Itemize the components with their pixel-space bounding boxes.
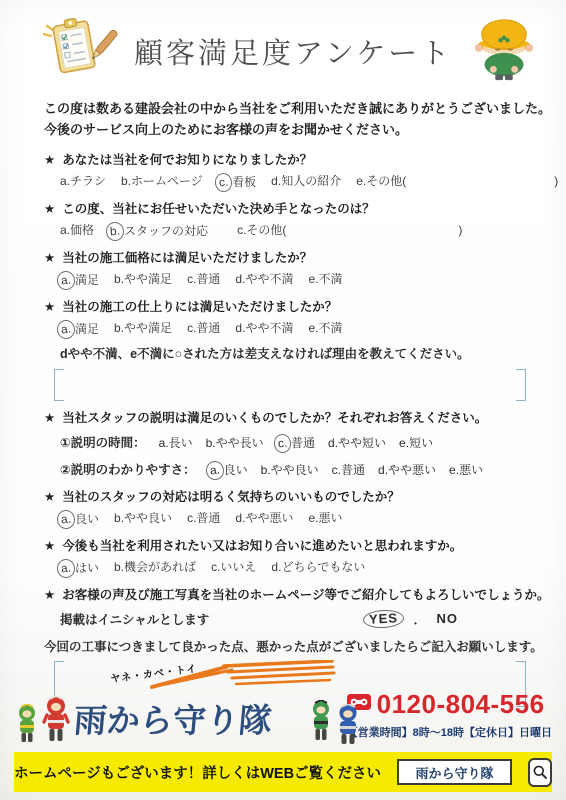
question-text: 当社の施工価格には満足いただけましたか？ — [62, 250, 312, 266]
option: e.不満 — [308, 320, 342, 339]
question-attitude: ★当社のスタッフの対応は明るく気持ちのいいものでしたか？ a.良い b.やや良い… — [44, 489, 530, 529]
initial-note: 掲載はイニシャルとします — [60, 610, 209, 628]
option: e.その他() — [356, 173, 558, 192]
question-text: 当社スタッフの説明は満足のいくものでしたか？それぞれお答えください。 — [62, 410, 487, 426]
star-icon: ★ — [44, 152, 55, 168]
yes-selected: YES — [363, 608, 405, 628]
option: c.いいえ — [211, 559, 256, 578]
subquestion-time: ①説明の時間： a.長い b.やや長い c.普通 d.やや短い e.短い — [60, 434, 530, 453]
options-row: a.価格 b.スタッフの対応 c.その他() — [60, 222, 530, 241]
company-logo: ヤネ・カベ・トイ 雨から守り隊 — [74, 662, 346, 748]
options-row: a.満足 b.やや満足 c.普通 d.やや不満 e.不満 — [60, 320, 530, 339]
question-price: ★当社の施工価格には満足いただけましたか？ a.満足 b.やや満足 c.普通 d… — [44, 250, 530, 290]
question-text: あなたは当社を何でお知りになりましたか？ — [62, 152, 312, 168]
option: b.やや長い — [206, 435, 264, 451]
business-hours: 【営業時間】8時～18時【定休日】日曜日 — [347, 724, 552, 740]
options-row: a.チラシ b.ホームページ c.看板 d.知人の紹介 e.その他() — [60, 173, 530, 192]
subquestion-clarity: ②説明のわかりやすさ： a.良い b.やや良い c.普通 d.やや悪い e.悪い — [60, 461, 530, 480]
option: b.機会があれば — [114, 559, 196, 578]
options-row: a.満足 b.やや満足 c.普通 d.やや不満 e.不満 — [60, 271, 530, 290]
reason-comment-box — [54, 369, 526, 401]
option: d.やや不満 — [235, 320, 293, 339]
subquestion-label: ②説明のわかりやすさ： — [60, 462, 196, 478]
hero-mascots-left-icon — [14, 696, 70, 748]
option: a.長い — [159, 435, 193, 451]
header: 顧客満足度アンケート — [0, 0, 566, 88]
option: d.どちらでもない — [271, 559, 365, 578]
logo-row: ヤネ・カベ・トイ 雨から守り隊 — [0, 662, 566, 750]
option-selected: c.普通 — [277, 434, 315, 453]
option-selected: a.満足 — [60, 320, 99, 339]
intro-line-1: この度は数ある建設会社の中から当社をご利用いただき誠にありがとうございました。 — [44, 98, 522, 119]
option: e.悪い — [308, 510, 342, 529]
question-text: お客様の声及び施工写真を当社のホームページ等でご紹介してもよろしいでしょうか。 — [62, 587, 549, 603]
option-selected: a.良い — [60, 510, 99, 529]
contact-block: 0120-804-556 【営業時間】8時～18時【定休日】日曜日 — [347, 689, 552, 748]
question-text: この度、当社にお任せいただいた決め手となったのは？ — [62, 201, 375, 217]
yes-no-choice: YES ． NO — [363, 609, 458, 628]
publish-row: 掲載はイニシャルとします YES ． NO — [60, 609, 530, 628]
option: b.やや満足 — [114, 320, 172, 339]
star-icon: ★ — [44, 587, 55, 603]
star-icon: ★ — [44, 410, 55, 426]
intro-line-2: 今後のサービス向上のためにお客様の声をお聞かせください。 — [44, 119, 522, 140]
worker-mascot-icon — [468, 15, 540, 88]
option: e.悪い — [449, 462, 483, 478]
reason-note: dやや不満、e不満に○された方は差支えなければ理由を教えてください。 — [60, 346, 530, 362]
option-selected: a.良い — [209, 461, 248, 480]
options-row: a.良い b.やや良い c.普通 d.やや悪い e.悪い — [60, 510, 530, 529]
question-text: 今後も当社を利用されたい又はお知り合いに進めたいと思われますか。 — [62, 538, 462, 554]
page-title: 顧客満足度アンケート — [134, 31, 452, 72]
question-decision: ★この度、当社にお任せいただいた決め手となったのは？ a.価格 b.スタッフの対… — [44, 201, 530, 241]
option-selected: b.スタッフの対応 — [109, 222, 208, 241]
question-source: ★あなたは当社を何でお知りになりましたか？ a.チラシ b.ホームページ c.看… — [44, 152, 530, 192]
option: b.ホームページ — [121, 173, 203, 192]
option-selected: a.満足 — [60, 271, 99, 290]
option: d.知人の紹介 — [271, 173, 341, 192]
banner-text: ホームページもございます！詳しくはWEBご覧ください — [14, 762, 381, 783]
option: d.やや不満 — [235, 271, 293, 290]
option: c.普通 — [187, 320, 220, 339]
option: d.やや悪い — [235, 510, 293, 529]
closing-request: 今回の工事につきまして良かった点、悪かった点がございましたらご記入お願いします。 — [44, 637, 530, 655]
option: a.チラシ — [60, 173, 106, 192]
option: b.やや良い — [114, 510, 172, 529]
option-selected: a.はい — [60, 559, 99, 578]
option: d.やや短い — [328, 435, 386, 451]
yes-no-separator: ． — [413, 609, 427, 628]
phone-number: 0120-804-556 — [377, 689, 545, 720]
option-selected: c.看板 — [218, 173, 256, 192]
no-option: NO — [437, 611, 459, 626]
option: c.その他() — [237, 222, 462, 241]
option: b.やや満足 — [114, 271, 172, 290]
option: e.短い — [399, 435, 433, 451]
option: d.やや悪い — [378, 462, 436, 478]
logo-text: 雨から守り隊 — [72, 695, 274, 742]
option: c.普通 — [332, 462, 365, 478]
option: c.普通 — [187, 271, 220, 290]
magnifier-icon — [532, 764, 548, 780]
star-icon: ★ — [44, 489, 55, 505]
footer: ヤネ・カベ・トイ 雨から守り隊 — [0, 662, 566, 800]
question-explanation: ★当社スタッフの説明は満足のいくものでしたか？それぞれお答えください。 ①説明の… — [44, 410, 530, 480]
search-button — [528, 758, 552, 787]
survey-page: 顧客満足度アンケート この度は数ある建設会社の中から当社をご利用いただき — [0, 0, 566, 800]
option: e.不満 — [308, 271, 342, 290]
homepage-banner: ホームページもございます！詳しくはWEBご覧ください 雨から守り隊 — [14, 752, 552, 792]
question-text: 当社の施工の仕上りには満足いただけましたか？ — [62, 299, 337, 315]
question-repeat: ★今後も当社を利用されたい又はお知り合いに進めたいと思われますか。 a.はい b… — [44, 538, 530, 578]
subquestion-label: ①説明の時間： — [60, 435, 146, 451]
question-finish: ★当社の施工の仕上りには満足いただけましたか？ a.満足 b.やや満足 c.普通… — [44, 299, 530, 401]
intro-text: この度は数ある建設会社の中から当社をご利用いただき誠にありがとうございました。 … — [44, 98, 522, 140]
search-keyword-box: 雨から守り隊 — [397, 759, 512, 785]
question-list: ★あなたは当社を何でお知りになりましたか？ a.チラシ b.ホームページ c.看… — [44, 152, 530, 628]
option: b.やや良い — [261, 462, 319, 478]
option: c.普通 — [187, 510, 220, 529]
star-icon: ★ — [44, 538, 55, 554]
hero-mascots-right-icon — [308, 700, 362, 746]
option: a.価格 — [60, 222, 94, 241]
question-text: 当社のスタッフの対応は明るく気持ちのいいものでしたか？ — [62, 489, 400, 505]
clipboard-icon — [40, 17, 118, 86]
star-icon: ★ — [44, 201, 55, 217]
options-row: a.はい b.機会があれば c.いいえ d.どちらでもない — [60, 559, 530, 578]
phone-line: 0120-804-556 — [347, 689, 552, 720]
question-publish: ★お客様の声及び施工写真を当社のホームページ等でご紹介してもよろしいでしょうか。… — [44, 587, 530, 628]
star-icon: ★ — [44, 299, 55, 315]
star-icon: ★ — [44, 250, 55, 266]
